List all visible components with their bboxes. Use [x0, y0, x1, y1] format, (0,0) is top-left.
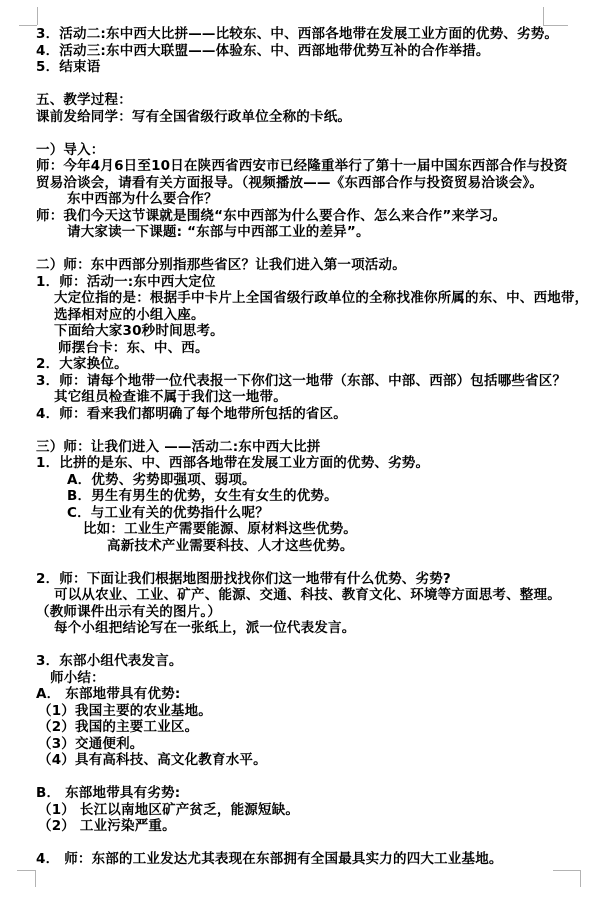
text-line: A． 东部地带具有优势:: [36, 686, 582, 703]
crop-mark-bottom-right-vertical: [580, 870, 581, 887]
text-line: 高新技术产业需要科技、人才这些优势。: [36, 538, 582, 555]
text-line: 比如：工业生产需要能源、原材料这些优势。: [36, 521, 582, 538]
text-line: 五、教学过程：: [36, 92, 582, 109]
crop-mark-top-left-horizontal: [19, 25, 37, 26]
text-line: 1．师：活动一:东中西大定位: [36, 274, 582, 291]
text-line: 2．师：下面让我们根据地图册找找你们这一地带有什么优势、劣势?: [36, 571, 582, 588]
text-line: 每个小组把结论写在一张纸上，派一位代表发言。: [36, 620, 582, 637]
text-line: 其它组员检查谁不属于我们这一地带。: [36, 389, 582, 406]
text-line: [36, 125, 582, 142]
text-line: 4．活动三:东中西大联盟——体验东、中、西部地带优势互补的合作举措。: [36, 43, 582, 60]
text-line: （4）具有高科技、高文化教育水平。: [36, 752, 582, 769]
text-line: C．与工业有关的优势指什么呢？: [36, 505, 582, 522]
text-line: [36, 637, 582, 654]
text-line: B．男生有男生的优势，女生有女生的优势。: [36, 488, 582, 505]
text-line: 贸易洽谈会，请看有关方面报导。（视频播放——《东西部合作与投资贸易洽谈会》。: [36, 175, 582, 192]
text-line: （1） 长江以南地区矿产贫乏，能源短缺。: [36, 802, 582, 819]
text-line: B． 东部地带具有劣势:: [36, 785, 582, 802]
text-line: [36, 241, 582, 258]
crop-mark-bottom-right-horizontal: [553, 870, 580, 871]
text-line: 4． 师：东部的工业发达尤其表现在东部拥有全国最具实力的四大工业基地。: [36, 851, 582, 868]
text-line: 课前发给同学：写有全国省级行政单位全称的卡纸。: [36, 109, 582, 126]
text-line: （1）我国主要的农业基地。: [36, 703, 582, 720]
text-line: 3．师：请每个地带一位代表报一下你们这一地带（东部、中部、西部）包括哪些省区？: [36, 373, 582, 390]
crop-mark-top-right-vertical: [543, 7, 544, 25]
text-line: [36, 76, 582, 93]
text-line: 3．活动二:东中西大比拼——比较东、中、西部各地带在发展工业方面的优势、劣势。: [36, 26, 582, 43]
text-line: 选择相对应的小组入座。: [36, 307, 582, 324]
text-line: 师摆台卡：东、中、西。: [36, 340, 582, 357]
crop-mark-top-left-vertical: [37, 7, 38, 25]
text-line: 二）师：东中西部分别指那些省区？让我们进入第一项活动。: [36, 257, 582, 274]
text-line: [36, 769, 582, 786]
text-line: 师：我们今天这节课就是围绕“东中西部为什么要合作、怎么来合作”来学习。: [36, 208, 582, 225]
text-line: 下面给大家30秒时间思考。: [36, 323, 582, 340]
text-line: 4．师：看来我们都明确了每个地带所包括的省区。: [36, 406, 582, 423]
text-line: 大定位指的是：根据手中卡片上全国省级行政单位的全称找准你所属的东、中、西地带，: [36, 290, 582, 307]
text-line: 三）师：让我们进入 ——活动二:东中西大比拼: [36, 439, 582, 456]
text-line: 东中西部为什么要合作？: [36, 191, 582, 208]
text-line: 师：今年4月6日至10日在陕西省西安市已经隆重举行了第十一届中国东西部合作与投资: [36, 158, 582, 175]
text-line: 2．大家换位。: [36, 356, 582, 373]
text-line: （2） 工业污染严重。: [36, 818, 582, 835]
document-page: 3．活动二:东中西大比拼——比较东、中、西部各地带在发展工业方面的优势、劣势。4…: [0, 0, 613, 901]
document-content: 3．活动二:东中西大比拼——比较东、中、西部各地带在发展工业方面的优势、劣势。4…: [36, 26, 582, 868]
text-line: 5．结束语: [36, 59, 582, 76]
crop-mark-bottom-left-horizontal: [17, 870, 35, 871]
text-line: （3）交通便利。: [36, 736, 582, 753]
text-line: A．优势、劣势即强项、弱项。: [36, 472, 582, 489]
text-line: 一）导入：: [36, 142, 582, 159]
text-line: 3．东部小组代表发言。: [36, 653, 582, 670]
text-line: 可以从农业、工业、矿产、能源、交通、科技、教育文化、环境等方面思考、整理。: [36, 587, 582, 604]
text-line: 师小结：: [36, 670, 582, 687]
text-line: （2）我国的主要工业区。: [36, 719, 582, 736]
text-line: [36, 554, 582, 571]
text-line: [36, 422, 582, 439]
text-line: [36, 835, 582, 852]
crop-mark-bottom-left-vertical: [35, 870, 36, 887]
text-line: （教师课件出示有关的图片。）: [36, 604, 582, 621]
text-line: 请大家读一下课题: “东部与中西部工业的差异”。: [36, 224, 582, 241]
text-line: 1．比拼的是东、中、西部各地带在发展工业方面的优势、劣势。: [36, 455, 582, 472]
